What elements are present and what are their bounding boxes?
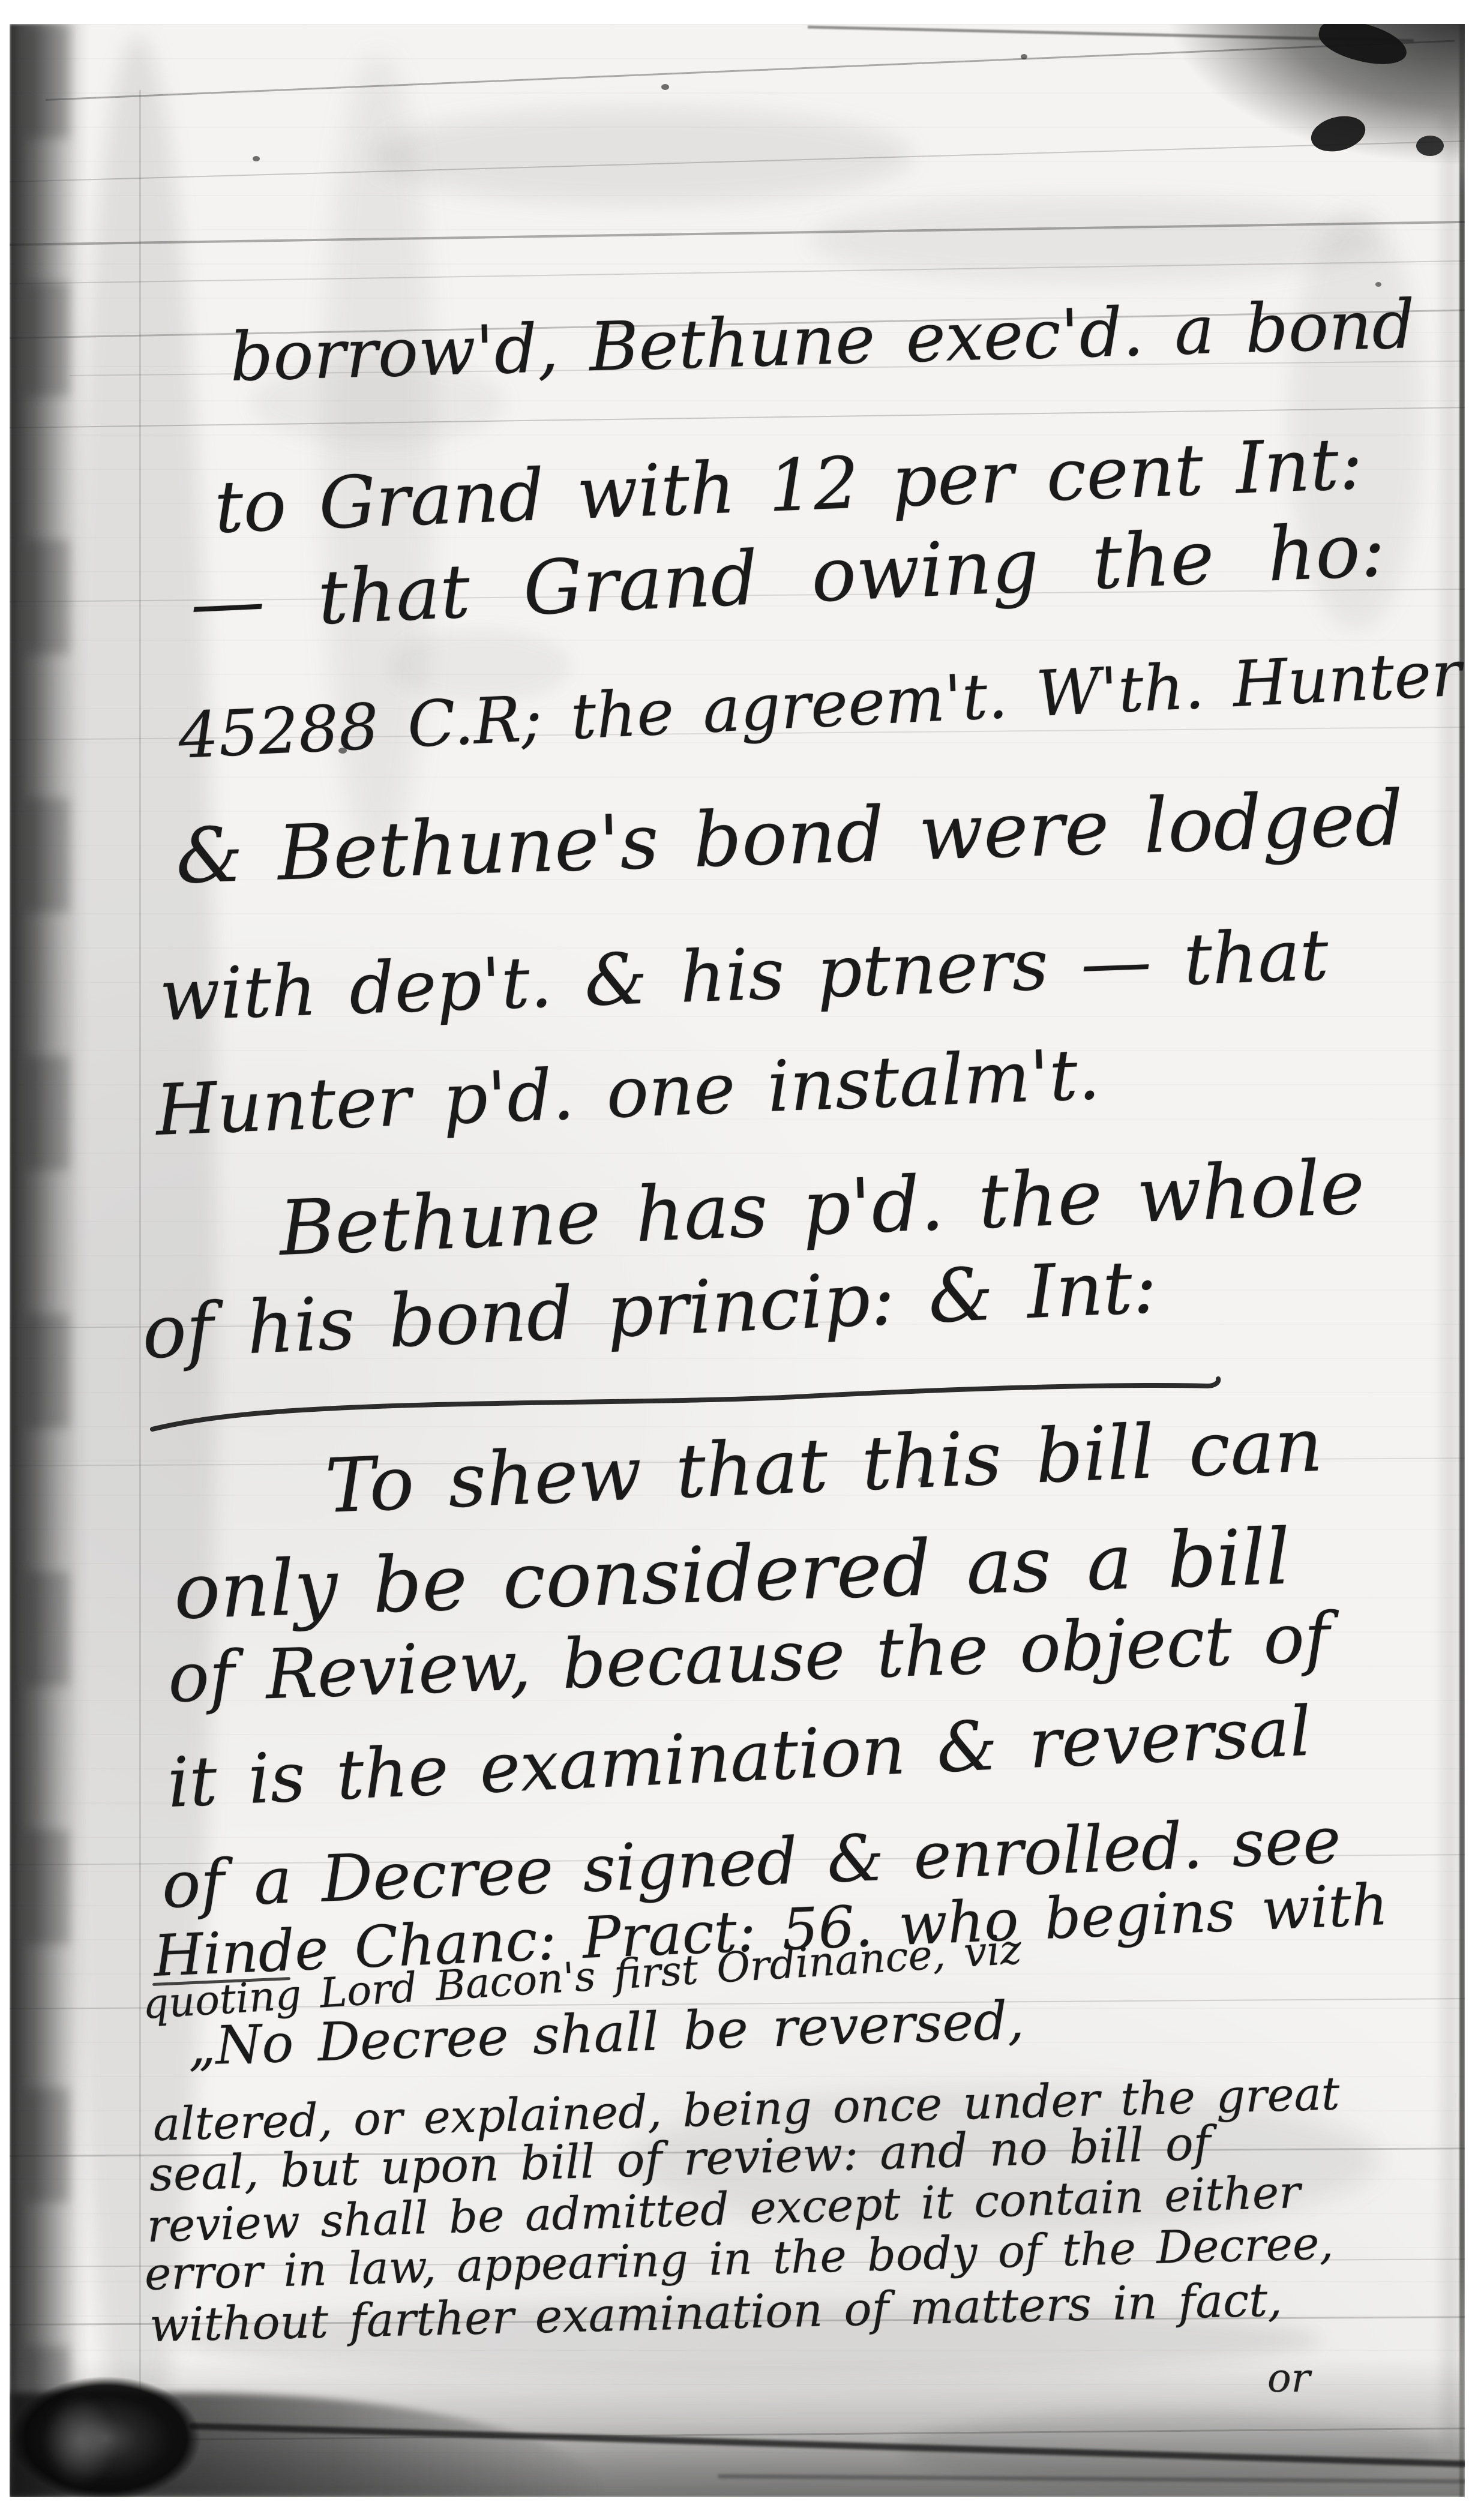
- page-edge-right: [1459, 24, 1465, 2497]
- ink-underline-flourish: [10, 24, 1465, 2497]
- manuscript-scan: borrow'd, Bethune exec'd. a bondto Grand…: [0, 0, 1469, 2520]
- manuscript-page: borrow'd, Bethune exec'd. a bondto Grand…: [10, 24, 1465, 2497]
- page-edge-right-shadow: [1441, 114, 1459, 2454]
- book-clamp-highlight: [44, 2395, 115, 2486]
